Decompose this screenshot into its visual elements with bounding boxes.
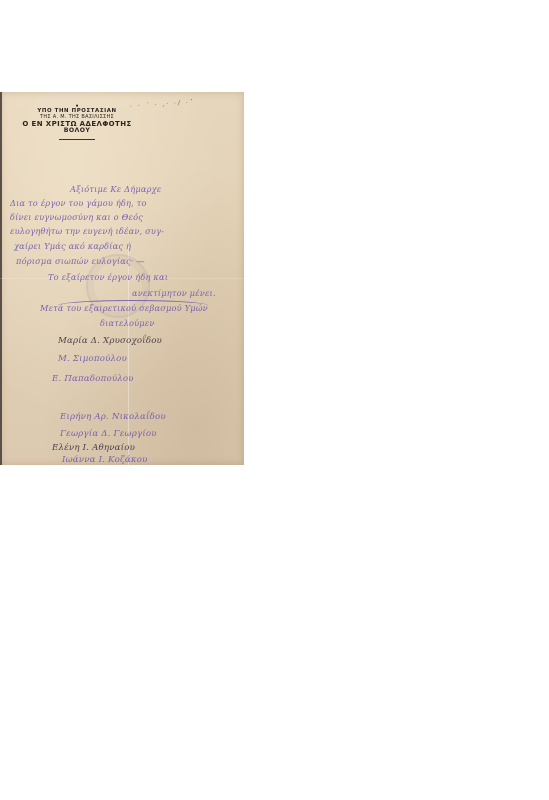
letter-line: δίνει ευγνωμοσύνη και ο Θεός xyxy=(10,212,143,222)
letter-line: πόρισμα σιωπών ευλογίας· — xyxy=(16,256,145,266)
letter-line: χαίρει Υμάς ακό καρδίας ή xyxy=(14,241,131,251)
letter-line: ευλογηθήτω την ευγενή ιδέαν, συγ- xyxy=(10,226,164,236)
signature: Ειρήνη Αρ. Νικολαΐδου xyxy=(60,412,166,422)
signature: Γεωργία Δ. Γεωργίου xyxy=(60,429,157,439)
letter-line: Το εξαίρετον έργον ήδη και xyxy=(48,272,168,282)
signature: Ε. Παπαδοπούλου xyxy=(52,374,134,384)
signature-flourish xyxy=(58,300,208,311)
signature: Ελένη Ι. Αθηναίου xyxy=(52,443,135,453)
signature: Ιωάννα Ι. Κοζάκου xyxy=(62,455,148,465)
signature: Μαρία Δ. Χρυσοχοΐδου xyxy=(58,336,162,346)
signature: Μ. Σιμοπούλου xyxy=(58,354,127,364)
letterhead-city: ΒΟΛΟΥ xyxy=(22,128,132,135)
margin-annotation: · · ΄ · ,· ·∕ ·᾽ xyxy=(130,99,195,111)
letter-line: ανεκτίμητον μένει. xyxy=(132,288,216,298)
letter-salutation: Αξιότιμε Κε Δήμαρχε xyxy=(70,184,161,194)
letterhead-rule xyxy=(59,139,95,140)
letter-closing: διατελούμεν xyxy=(100,318,155,328)
letterhead: • ΥΠΟ ΤΗΝ ΠΡΟΣΤΑΣΙΑΝ ΤΗΣ Α. Μ. ΤΗΣ ΒΑΣΙΛ… xyxy=(22,104,132,140)
scanned-letter: • ΥΠΟ ΤΗΝ ΠΡΟΣΤΑΣΙΑΝ ΤΗΣ Α. Μ. ΤΗΣ ΒΑΣΙΛ… xyxy=(0,92,244,465)
letter-line: Δια το έργον του γάμου ήδη, το xyxy=(10,198,147,208)
